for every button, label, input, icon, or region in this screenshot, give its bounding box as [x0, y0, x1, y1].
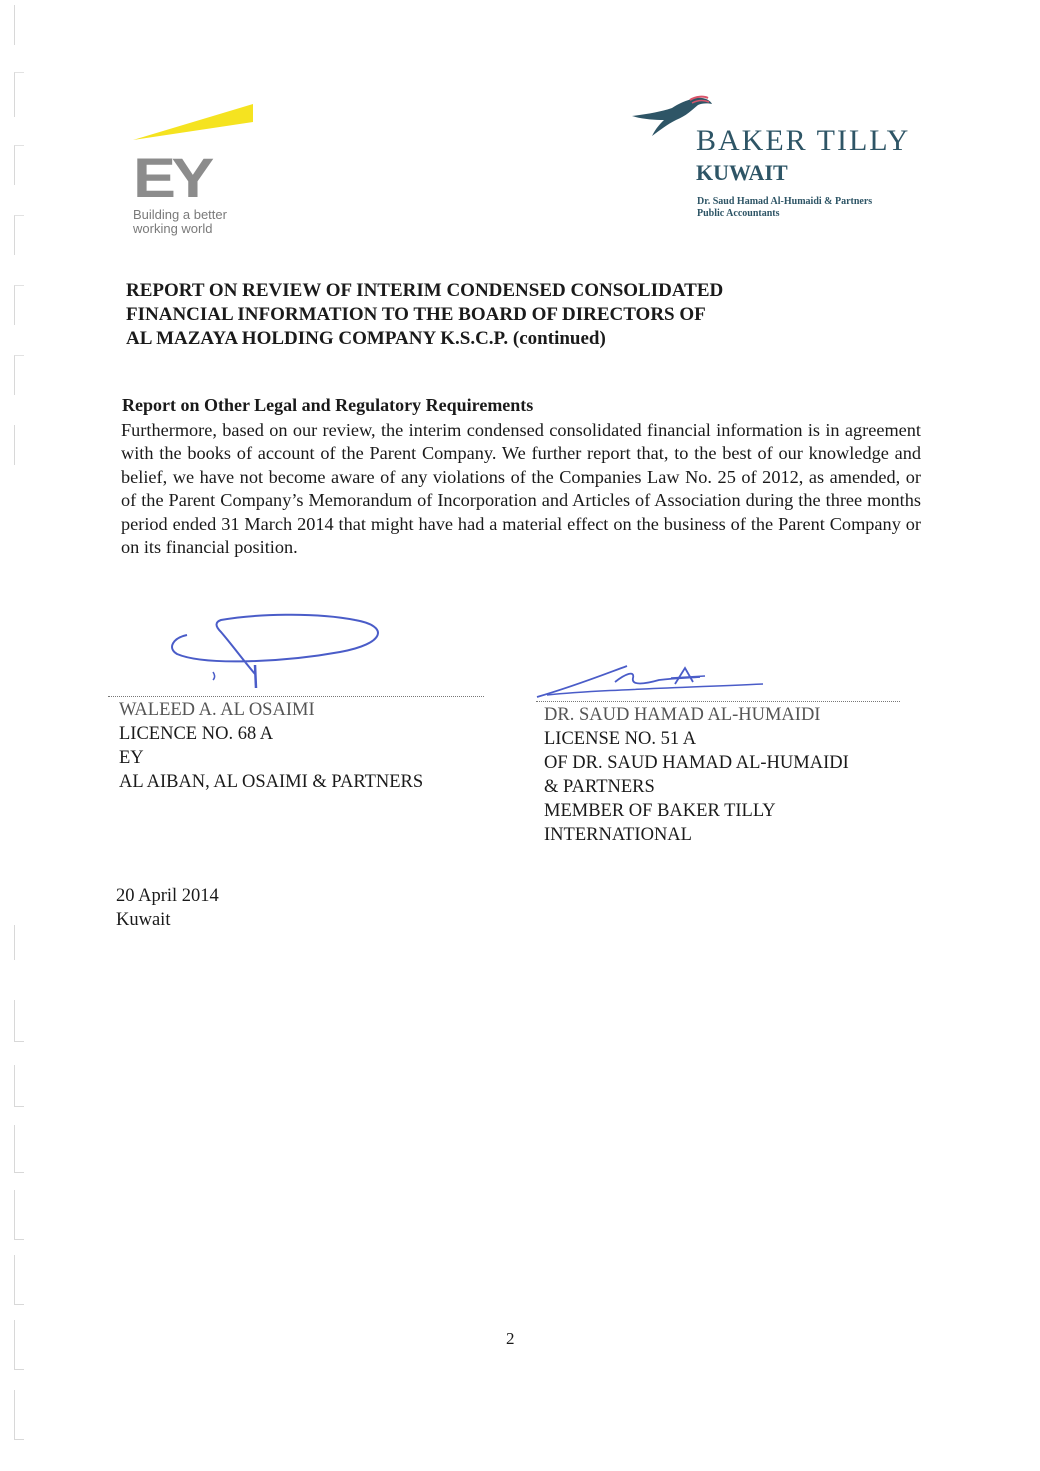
signatory-right-firm-line: OF DR. SAUD HAMAD AL-HUMAIDI — [544, 751, 849, 775]
baker-tilly-subtitle-2: Public Accountants — [697, 208, 780, 219]
binding-mark — [14, 1190, 24, 1240]
signatory-right-name: DR. SAUD HAMAD AL-HUMAIDI — [544, 703, 849, 727]
ey-wordmark: EY — [133, 150, 210, 206]
binding-mark — [14, 1000, 24, 1042]
signature-line-left — [108, 696, 484, 697]
report-title: REPORT ON REVIEW OF INTERIM CONDENSED CO… — [126, 279, 826, 351]
signatory-right: DR. SAUD HAMAD AL-HUMAIDI LICENSE NO. 51… — [544, 703, 849, 847]
binding-mark — [14, 285, 24, 325]
signatory-right-firm-line: INTERNATIONAL — [544, 823, 849, 847]
binding-mark — [14, 5, 24, 45]
binding-mark — [14, 1390, 24, 1440]
report-title-line: AL MAZAYA HOLDING COMPANY K.S.C.P. (cont… — [126, 327, 826, 351]
signatory-right-licence: LICENSE NO. 51 A — [544, 727, 849, 751]
ey-tagline: Building a better working world — [133, 208, 227, 236]
section-body: Furthermore, based on our review, the in… — [121, 419, 921, 559]
date-place: 20 April 2014 Kuwait — [116, 884, 219, 932]
baker-tilly-subtitle-1: Dr. Saud Hamad Al-Humaidi & Partners — [697, 196, 872, 207]
binding-mark — [14, 1065, 24, 1107]
ey-logo: EY Building a better working world — [133, 98, 263, 243]
binding-mark — [14, 925, 24, 960]
ey-tagline-line2: working world — [133, 222, 227, 236]
report-place: Kuwait — [116, 908, 219, 932]
signatory-right-firm-line: & PARTNERS — [544, 775, 849, 799]
binding-mark — [14, 1125, 24, 1173]
page-number: 2 — [506, 1329, 515, 1349]
binding-mark — [14, 145, 24, 185]
report-title-line: REPORT ON REVIEW OF INTERIM CONDENSED CO… — [126, 279, 826, 303]
baker-tilly-country: KUWAIT — [696, 160, 788, 186]
signature-right — [535, 660, 770, 700]
signatory-left: WALEED A. AL OSAIMI LICENCE NO. 68 A EY … — [119, 698, 423, 794]
signatory-right-firm-line: MEMBER OF BAKER TILLY — [544, 799, 849, 823]
signatory-left-licence: LICENCE NO. 68 A — [119, 722, 423, 746]
binding-mark — [14, 215, 24, 255]
binding-mark — [14, 1255, 24, 1305]
signatory-left-firm: EY — [119, 746, 423, 770]
binding-mark — [14, 1320, 24, 1370]
signature-left — [165, 610, 390, 695]
ey-tagline-line1: Building a better — [133, 208, 227, 222]
binding-mark — [14, 355, 24, 395]
report-date: 20 April 2014 — [116, 884, 219, 908]
binding-mark — [14, 72, 24, 117]
ey-beam-icon — [133, 98, 258, 143]
section-heading: Report on Other Legal and Regulatory Req… — [122, 395, 533, 416]
signature-line-right — [536, 701, 900, 702]
signatory-left-firm-full: AL AIBAN, AL OSAIMI & PARTNERS — [119, 770, 423, 794]
report-title-line: FINANCIAL INFORMATION TO THE BOARD OF DI… — [126, 303, 826, 327]
signatory-left-name: WALEED A. AL OSAIMI — [119, 698, 423, 722]
baker-tilly-logo: BAKER TILLY KUWAIT Dr. Saud Hamad Al-Hum… — [630, 94, 930, 224]
baker-tilly-name: BAKER TILLY — [696, 124, 910, 158]
binding-mark — [14, 425, 24, 465]
